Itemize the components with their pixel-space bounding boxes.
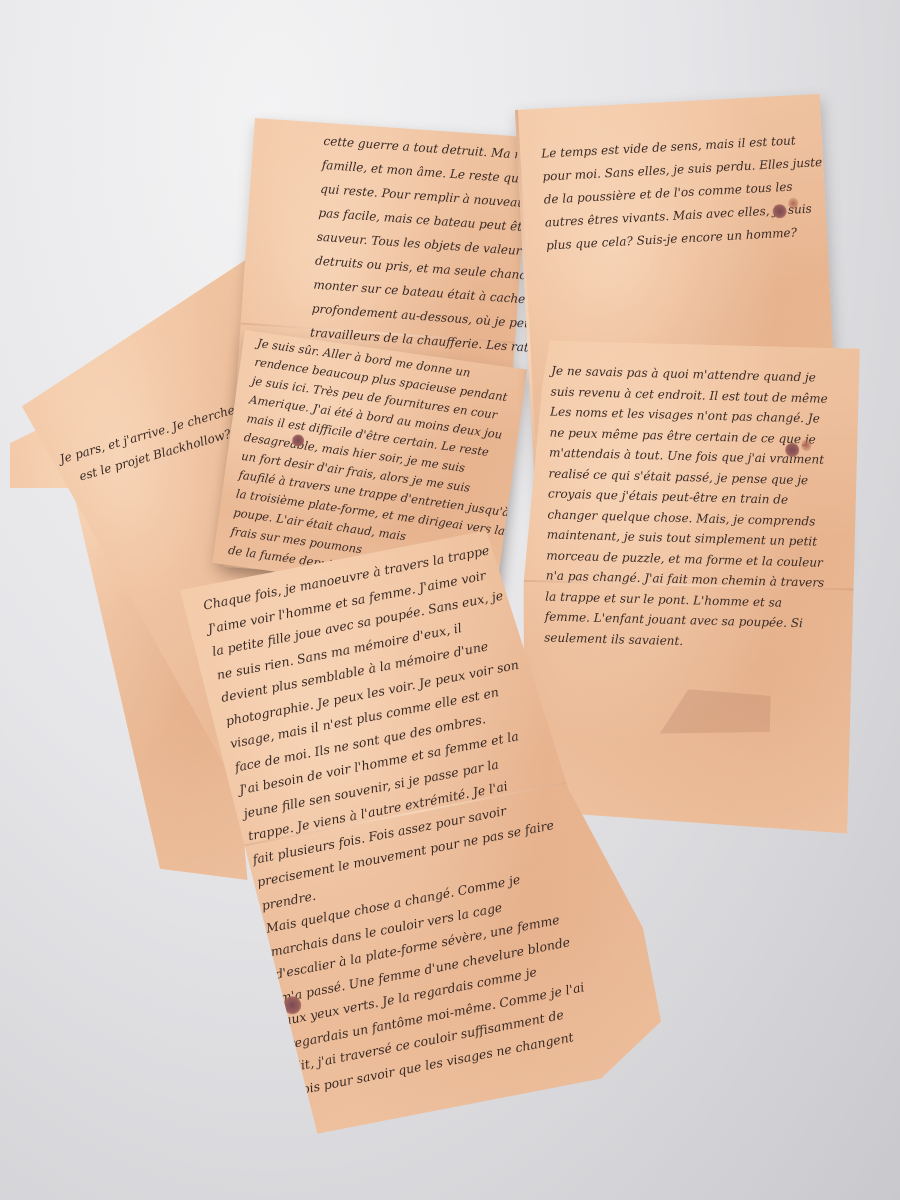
letter-right: Je ne savais pas à quoi m'attendre quand… [517,340,860,833]
letter-right-text: Je ne savais pas à quoi m'attendre quand… [544,361,830,655]
letter-top-right-text: Le temps est vide de sens, mais il est t… [541,128,827,257]
photo-scene: Je pars, et j'arrive. Je cherche et je t… [0,0,900,1200]
crease-shadow [660,689,771,737]
